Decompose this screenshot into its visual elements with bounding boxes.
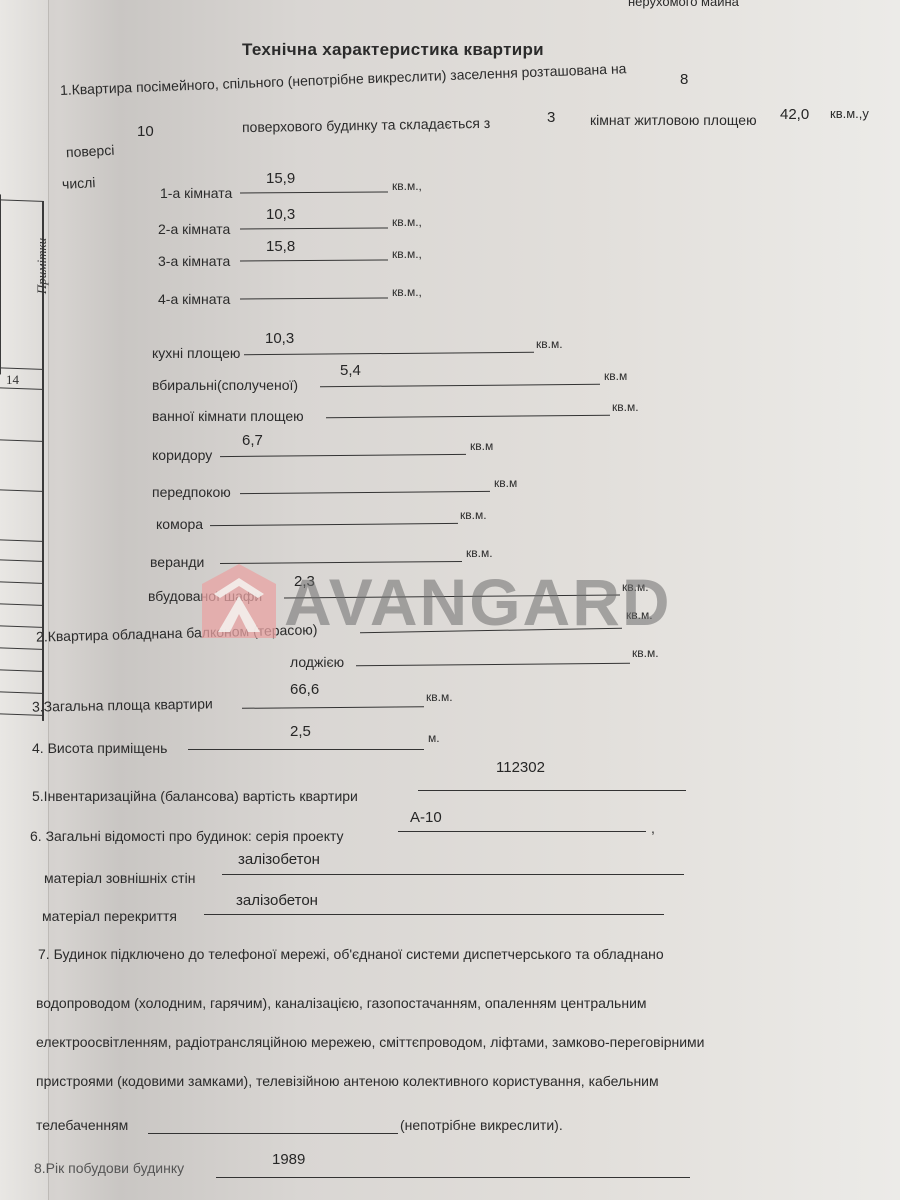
floor-value: 8 (680, 72, 688, 88)
area-field[interactable] (240, 491, 490, 494)
area-label: вбудованої шафи (148, 588, 262, 604)
room-area-unit: кв.м., (392, 215, 422, 229)
loggia-unit: кв.м. (632, 646, 659, 660)
area-label: передпокою (152, 484, 231, 500)
in-number-label: числі (62, 174, 96, 192)
total-area-label: 3.Загальна площа квартири (32, 695, 213, 714)
living-area-value: 42,0 (780, 107, 809, 123)
area-label: кухні площею (152, 345, 240, 361)
total-area-field[interactable] (242, 706, 424, 709)
room-area-value: 15,9 (266, 171, 295, 187)
area-field[interactable] (210, 523, 458, 526)
room-area-unit: кв.м., (392, 247, 422, 261)
area-unit: кв.м (470, 439, 493, 453)
balcony-field[interactable] (360, 628, 622, 634)
room-area-field[interactable] (240, 297, 388, 299)
balcony-unit: кв.м. (626, 608, 653, 622)
room-area-value: 15,8 (266, 239, 295, 255)
area-unit: кв.м (604, 369, 627, 383)
walls-material-label: матеріал зовнішніх стін (44, 870, 195, 886)
balcony-label: 2.Квартира обладнана балконом (терасою) (36, 621, 318, 644)
area-field[interactable] (244, 352, 534, 356)
area-unit: кв.м. (460, 508, 487, 522)
cable-tv-field[interactable] (148, 1133, 398, 1134)
header-note: нерухомого майна (628, 0, 739, 9)
room-label: 1-а кімната (160, 185, 232, 201)
room-area-unit: кв.м., (392, 285, 422, 299)
section7-line5-prefix: телебаченням (36, 1117, 128, 1133)
area-value: 5,4 (340, 363, 361, 379)
project-series-label: 6. Загальні відомості про будинок: серія… (30, 828, 344, 844)
area-field[interactable] (284, 595, 620, 599)
room-label: 3-а кімната (158, 253, 230, 269)
area-field[interactable] (220, 561, 462, 564)
floor-label: поверсі (66, 142, 115, 161)
room-area-unit: кв.м., (392, 179, 422, 193)
build-year-field[interactable] (216, 1177, 690, 1178)
total-area-value: 66,6 (290, 682, 319, 698)
room-area-field[interactable] (240, 191, 388, 193)
project-series-field[interactable] (398, 831, 646, 832)
area-label: вбиральні(сполученої) (152, 377, 298, 393)
area-field[interactable] (220, 454, 466, 457)
walls-material-value: залізобетон (238, 852, 320, 868)
floors-total-value: 10 (137, 124, 154, 140)
loggia-field[interactable] (356, 663, 630, 666)
area-label: коридору (152, 447, 212, 463)
area-label: комора (156, 516, 203, 532)
living-area-unit: кв.м.,у (830, 106, 869, 121)
comma: , (651, 820, 655, 836)
rooms-label: кімнат житловою площею (590, 112, 757, 128)
rooms-count-value: 3 (547, 110, 555, 126)
section7-line4: пристроями (кодовими замками), телевізій… (36, 1073, 659, 1089)
area-unit: кв.м. (622, 580, 649, 594)
area-value: 10,3 (265, 331, 294, 347)
area-label: ванної кімнати площею (152, 408, 304, 424)
build-year-value: 1989 (272, 1152, 305, 1168)
height-unit: м. (428, 731, 440, 745)
project-series-value: А-10 (410, 810, 442, 826)
loggia-label: лоджією (290, 654, 344, 670)
walls-material-field[interactable] (222, 874, 684, 875)
area-unit: кв.м. (536, 337, 563, 351)
section7-line1: 7. Будинок підключено до телефоної мереж… (38, 946, 664, 962)
area-label: веранди (150, 554, 204, 570)
ceiling-material-label: матеріал перекриття (42, 908, 177, 924)
section1-line1: 1.Квартира посімейного, спільного (непот… (60, 60, 627, 98)
ceiling-material-field[interactable] (204, 914, 664, 915)
room-area-field[interactable] (240, 259, 388, 261)
room-area-value: 10,3 (266, 207, 295, 223)
inventory-value-field[interactable] (418, 790, 686, 791)
page-title: Технічна характеристика квартири (242, 40, 544, 60)
total-area-unit: кв.м. (426, 690, 453, 704)
area-value: 6,7 (242, 433, 263, 449)
height-value: 2,5 (290, 724, 311, 740)
room-area-field[interactable] (240, 227, 388, 229)
room-label: 4-а кімната (158, 291, 230, 307)
area-field[interactable] (326, 415, 610, 418)
section7-line3: електроосвітленням, радіотрансляційною м… (36, 1034, 705, 1050)
margin-notes-label: Примітки (34, 238, 50, 294)
inventory-value-label: 5.Інвентаризаційна (балансова) вартість … (32, 788, 358, 804)
inventory-value: 112302 (496, 760, 545, 776)
height-label: 4. Висота приміщень (32, 740, 167, 756)
room-label: 2-а кімната (158, 221, 230, 237)
build-year-label: 8.Рік побудови будинку (34, 1160, 184, 1176)
floors-label: поверхового будинку та складається з (242, 115, 490, 135)
page-number: 14 (6, 372, 19, 388)
area-unit: кв.м (494, 476, 517, 490)
height-field[interactable] (188, 749, 424, 750)
section7-line2: водопроводом (холодним, гарячим), каналі… (36, 995, 647, 1011)
area-unit: кв.м. (466, 546, 493, 560)
area-value: 2,3 (294, 574, 315, 590)
area-field[interactable] (320, 384, 600, 387)
section7-line5-suffix: (непотрібне викреслити). (400, 1117, 563, 1133)
area-unit: кв.м. (612, 400, 639, 414)
ceiling-material-value: залізобетон (236, 893, 318, 909)
